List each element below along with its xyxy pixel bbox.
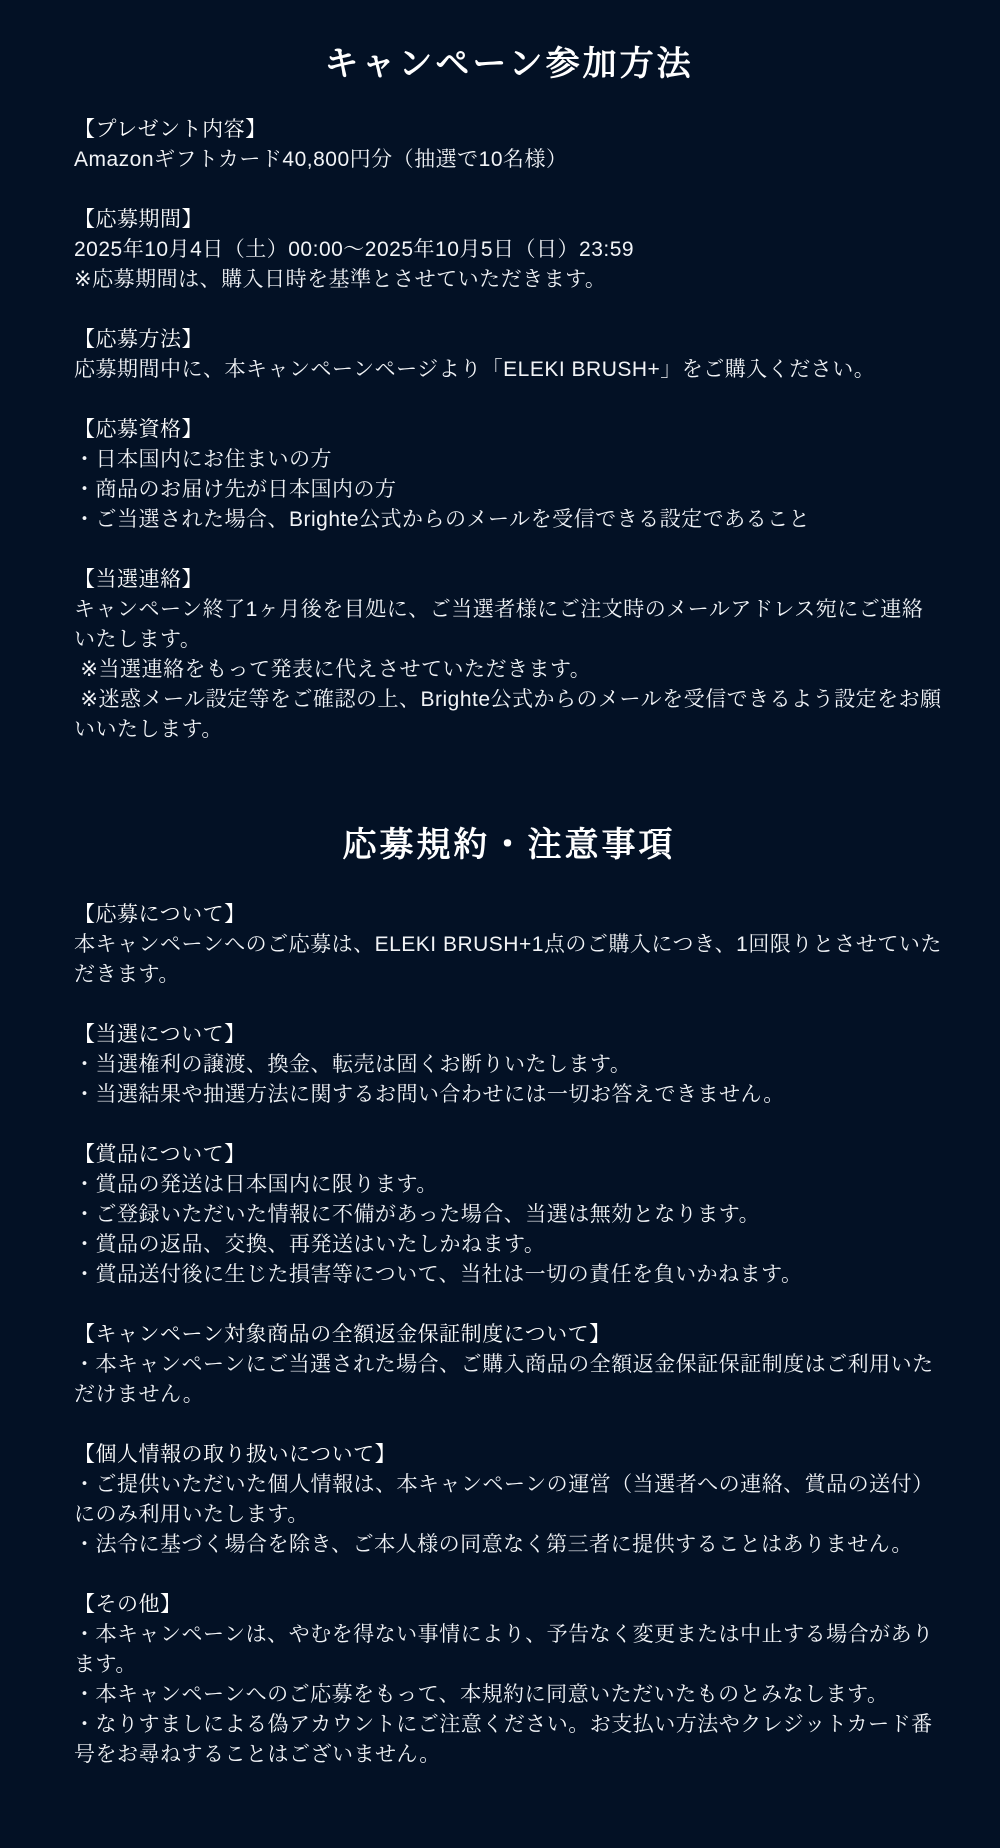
block-line: ※当選連絡をもって発表に代えさせていただきます。	[74, 655, 944, 685]
block-header: 【当選連絡】	[74, 565, 944, 595]
campaign-info-page: キャンペーン参加方法 【プレゼント内容】 Amazonギフトカード40,800円…	[0, 0, 1000, 1848]
info-block: 【当選について】 ・当選権利の譲渡、換金、転売は固くお断りいたします。 ・当選結…	[74, 1020, 944, 1110]
info-block: 【応募について】 本キャンペーンへのご応募は、ELEKI BRUSH+1点のご購…	[74, 900, 944, 990]
block-line: ・賞品送付後に生じた損害等について、当社は一切の責任を負いかねます。	[74, 1260, 944, 1290]
block-line: ・本キャンペーンは、やむを得ない事情により、予告なく変更または中止する場合があり…	[74, 1620, 944, 1680]
block-line: ・本キャンペーンにご当選された場合、ご購入商品の全額返金保証保証制度はご利用いた…	[74, 1350, 944, 1410]
section: キャンペーン参加方法 【プレゼント内容】 Amazonギフトカード40,800円…	[74, 44, 944, 775]
block-line: ・日本国内にお住まいの方	[74, 445, 944, 475]
block-line: ・なりすましによる偽アカウントにご注意ください。お支払い方法やクレジットカード番…	[74, 1710, 944, 1770]
block-header: 【個人情報の取り扱いについて】	[74, 1440, 944, 1470]
block-line: ・法令に基づく場合を除き、ご本人様の同意なく第三者に提供することはありません。	[74, 1530, 944, 1560]
block-line: ※迷惑メール設定等をご確認の上、Brighte公式からのメールを受信できるよう設…	[74, 685, 944, 745]
info-block: 【賞品について】 ・賞品の発送は日本国内に限ります。 ・ご登録いただいた情報に不…	[74, 1140, 944, 1290]
info-block: 【応募期間】 2025年10月4日（土）00:00〜2025年10月5日（日）2…	[74, 205, 944, 295]
section-title: キャンペーン参加方法	[74, 44, 944, 85]
block-line: ・賞品の返品、交換、再発送はいたしかねます。	[74, 1230, 944, 1260]
block-header: 【キャンペーン対象商品の全額返金保証制度について】	[74, 1320, 944, 1350]
info-block: 【その他】 ・本キャンペーンは、やむを得ない事情により、予告なく変更または中止す…	[74, 1590, 944, 1770]
sections-container: キャンペーン参加方法 【プレゼント内容】 Amazonギフトカード40,800円…	[74, 44, 944, 1800]
info-block: 【当選連絡】 キャンペーン終了1ヶ月後を目処に、ご当選者様にご注文時のメールアド…	[74, 565, 944, 745]
block-header: 【賞品について】	[74, 1140, 944, 1170]
info-block: 【個人情報の取り扱いについて】 ・ご提供いただいた個人情報は、本キャンペーンの運…	[74, 1440, 944, 1560]
block-line: 応募期間中に、本キャンペーンページより「ELEKI BRUSH+」をご購入くださ…	[74, 355, 944, 385]
block-line: キャンペーン終了1ヶ月後を目処に、ご当選者様にご注文時のメールアドレス宛にご連絡…	[74, 595, 944, 655]
block-line: ・当選権利の譲渡、換金、転売は固くお断りいたします。	[74, 1050, 944, 1080]
section-blocks: 【プレゼント内容】 Amazonギフトカード40,800円分（抽選で10名様） …	[74, 115, 944, 775]
section-title: 応募規約・注意事項	[74, 825, 944, 866]
block-line: ・ご提供いただいた個人情報は、本キャンペーンの運営（当選者への連絡、賞品の送付）…	[74, 1470, 944, 1530]
block-line: 本キャンペーンへのご応募は、ELEKI BRUSH+1点のご購入につき、1回限り…	[74, 930, 944, 990]
block-line: ・本キャンペーンへのご応募をもって、本規約に同意いただいたものとみなします。	[74, 1680, 944, 1710]
section-blocks: 【応募について】 本キャンペーンへのご応募は、ELEKI BRUSH+1点のご購…	[74, 900, 944, 1800]
info-block: 【キャンペーン対象商品の全額返金保証制度について】 ・本キャンペーンにご当選され…	[74, 1320, 944, 1410]
block-header: 【応募について】	[74, 900, 944, 930]
block-header: 【応募期間】	[74, 205, 944, 235]
block-line: ・ご当選された場合、Brighte公式からのメールを受信できる設定であること	[74, 505, 944, 535]
block-line: ・ご登録いただいた情報に不備があった場合、当選は無効となります。	[74, 1200, 944, 1230]
section: 応募規約・注意事項 【応募について】 本キャンペーンへのご応募は、ELEKI B…	[74, 775, 944, 1800]
block-header: 【応募方法】	[74, 325, 944, 355]
block-header: 【当選について】	[74, 1020, 944, 1050]
block-header: 【その他】	[74, 1590, 944, 1620]
block-line: 2025年10月4日（土）00:00〜2025年10月5日（日）23:59	[74, 235, 944, 265]
info-block: 【プレゼント内容】 Amazonギフトカード40,800円分（抽選で10名様）	[74, 115, 944, 175]
block-line: ・当選結果や抽選方法に関するお問い合わせには一切お答えできません。	[74, 1080, 944, 1110]
info-block: 【応募資格】 ・日本国内にお住まいの方 ・商品のお届け先が日本国内の方 ・ご当選…	[74, 415, 944, 535]
block-header: 【プレゼント内容】	[74, 115, 944, 145]
info-block: 【応募方法】 応募期間中に、本キャンペーンページより「ELEKI BRUSH+」…	[74, 325, 944, 385]
block-line: Amazonギフトカード40,800円分（抽選で10名様）	[74, 145, 944, 175]
block-line: ※応募期間は、購入日時を基準とさせていただきます。	[74, 265, 944, 295]
block-line: ・賞品の発送は日本国内に限ります。	[74, 1170, 944, 1200]
block-header: 【応募資格】	[74, 415, 944, 445]
block-line: ・商品のお届け先が日本国内の方	[74, 475, 944, 505]
